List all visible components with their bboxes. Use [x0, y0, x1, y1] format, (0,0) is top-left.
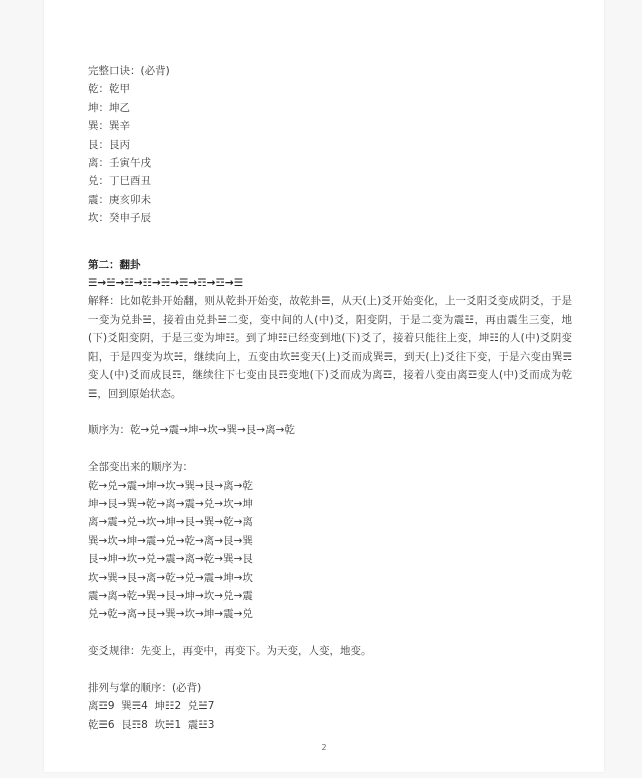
explanation-paragraph: 解释：比如乾卦开始翻，则从乾卦开始变，故乾卦☰，从天(上)爻开始变化，上一爻阳爻… — [88, 292, 572, 402]
mnemonic-item: 离：壬寅午戌 — [88, 154, 568, 172]
spacer — [88, 440, 568, 458]
order-row: 坎→巽→艮→离→乾→兑→震→坤→坎 — [88, 569, 568, 587]
page-content: 完整口诀：(必背) 乾：乾甲 坤：坤乙 巽：巽辛 艮：艮丙 离：壬寅午戌 兑：丁… — [88, 62, 568, 734]
section-heading: 第二：翻卦 — [88, 256, 568, 274]
spacer — [88, 661, 568, 679]
document-page: 完整口诀：(必背) 乾：乾甲 坤：坤乙 巽：巽辛 艮：艮丙 离：壬寅午戌 兑：丁… — [44, 0, 604, 772]
palm-order-title: 排列与掌的顺序：(必背) — [88, 679, 568, 697]
palm-order-row: 离☲9 巽☴4 坤☷2 兑☱7 — [88, 697, 568, 715]
order-row: 兑→乾→离→艮→巽→坎→坤→震→兑 — [88, 605, 568, 623]
order-row: 坤→艮→巽→乾→离→震→兑→坎→坤 — [88, 495, 568, 513]
all-orders-title: 全部变出来的顺序为： — [88, 458, 568, 476]
mnemonic-item: 巽：巽辛 — [88, 117, 568, 135]
spacer — [88, 624, 568, 642]
trigram-sequence: ☰→☱→☳→☷→☵→☴→☶→☲→☰ — [88, 274, 568, 292]
page-number: 2 — [44, 743, 604, 752]
order-row: 震→离→乾→巽→艮→坤→坎→兑→震 — [88, 587, 568, 605]
mnemonic-item: 坎：癸申子辰 — [88, 209, 568, 227]
palm-order-row: 乾☰6 艮☶8 坎☵1 震☳3 — [88, 716, 568, 734]
order-row: 艮→坤→坎→兑→震→离→乾→巽→艮 — [88, 550, 568, 568]
order-row: 巽→坎→坤→震→兑→乾→离→艮→巽 — [88, 532, 568, 550]
rule-line: 变爻规律：先变上，再变中，再变下。为天变，人变，地变。 — [88, 642, 568, 660]
mnemonic-item: 艮：艮丙 — [88, 136, 568, 154]
mnemonic-item: 震：庚亥卯未 — [88, 191, 568, 209]
order-row: 离→震→兑→坎→坤→艮→巽→乾→离 — [88, 513, 568, 531]
spacer — [88, 228, 568, 250]
order-line: 顺序为：乾→兑→震→坤→坎→巽→艮→离→乾 — [88, 421, 568, 439]
mnemonic-item: 兑：丁巳酉丑 — [88, 172, 568, 190]
mnemonic-item: 乾：乾甲 — [88, 80, 568, 98]
order-row: 乾→兑→震→坤→坎→巽→艮→离→乾 — [88, 477, 568, 495]
mnemonic-title: 完整口诀：(必背) — [88, 62, 568, 80]
mnemonic-item: 坤：坤乙 — [88, 99, 568, 117]
spacer — [88, 403, 568, 421]
